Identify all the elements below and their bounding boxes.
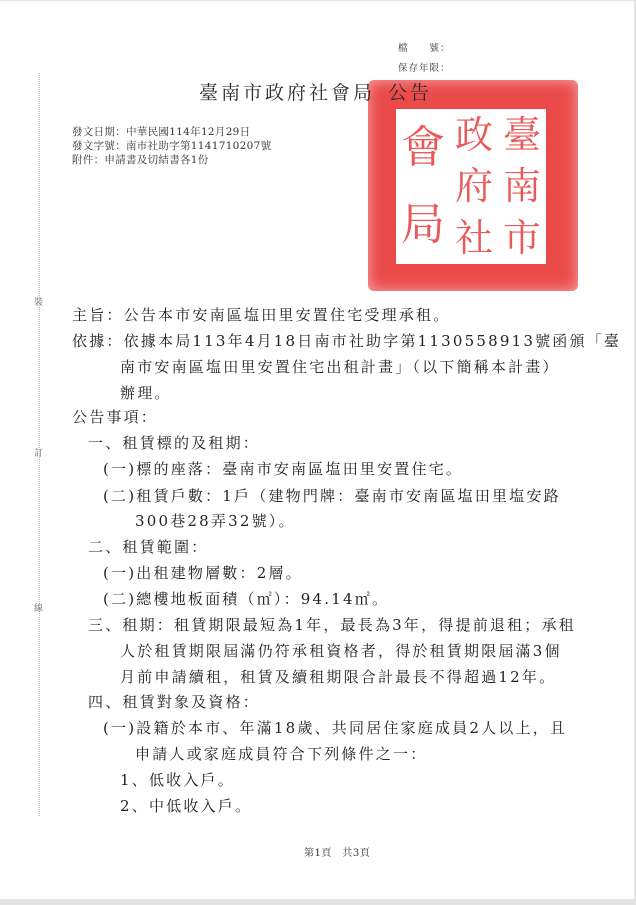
seal-inner: 臺 南 市 政 府 社 會 局 <box>396 109 546 264</box>
seal-column-3: 會 局 <box>401 109 445 264</box>
seal-char: 局 <box>401 203 445 247</box>
issue-number: 發文字號：南市社助字第1141710207號 <box>72 139 271 153</box>
basis-line-3: 辦理。 <box>120 382 172 403</box>
attachment: 附件：申請書及切結書各1份 <box>72 153 209 167</box>
issue-date: 發文日期：中華民國114年12月29日 <box>72 125 250 139</box>
seal-column-1: 臺 南 市 <box>503 109 541 264</box>
binding-mark-ding: 訂 <box>34 446 43 459</box>
item-3-line-1: 三、租期：租賃期限最短為1年，最長為3年，得提前退租；承租 <box>88 614 576 635</box>
item-2-1: (一)出租建物層數：2層。 <box>103 562 303 583</box>
item-1-1: (一)標的座落：臺南市安南區塩田里安置住宅。 <box>103 458 463 479</box>
seal-char: 南 <box>503 167 541 205</box>
seal-column-2: 政 府 社 <box>455 109 493 264</box>
item-4-1-option-2: 2、中低收入戶。 <box>120 795 252 816</box>
retention-period-label: 保存年限： <box>398 60 451 74</box>
item-3-line-3: 月前申請續租，租賃及續租期限合計最長不得超過12年。 <box>120 666 556 687</box>
item-4-1-line-2: 申請人或家庭成員符合下列條件之一： <box>135 743 427 764</box>
announcement-heading: 公告事項： <box>72 406 158 427</box>
seal-char: 臺 <box>503 116 541 154</box>
subject-line: 主旨：公告本市安南區塩田里安置住宅受理承租。 <box>72 304 450 325</box>
item-4-1-line-1: (一)設籍於本市、年滿18歲、共同居住家庭成員2人以上，且 <box>103 717 567 738</box>
seal-char: 會 <box>401 126 445 170</box>
binding-mark-zhuang: 裝 <box>34 295 43 308</box>
basis-line-1: 依據：依據本局113年4月18日南市社助字第1130558913號函頒「臺 <box>72 330 621 351</box>
item-1-2-line-2: 300巷28弄32號）。 <box>135 510 296 531</box>
page-number: 第1頁 共3頁 <box>304 844 370 859</box>
binding-mark-xian: 線 <box>34 601 43 614</box>
document-title-org: 臺南市政府社會局 <box>199 78 375 105</box>
seal-char: 市 <box>503 219 541 257</box>
binding-line <box>39 73 40 816</box>
document-page: 裝 訂 線 檔 號： 保存年限： 臺 南 市 政 府 社 會 局 臺南市政府社會… <box>0 1 634 899</box>
seal-char: 社 <box>455 219 493 257</box>
seal-char: 政 <box>455 116 493 154</box>
item-2-2: (二)總樓地板面積（㎡）：94.14㎡。 <box>103 588 389 609</box>
archive-number-label: 檔 號： <box>398 40 451 54</box>
document-title-type: 公告 <box>388 78 432 105</box>
official-seal: 臺 南 市 政 府 社 會 局 <box>368 80 578 291</box>
seal-char: 府 <box>455 167 493 205</box>
item-4-heading: 四、租賃對象及資格： <box>88 691 260 712</box>
item-3-line-2: 人於租賃期限屆滿仍符承租資格者，得於租賃期限屆滿3個 <box>120 640 562 661</box>
basis-line-2: 南市安南區塩田里安置住宅出租計畫」（以下簡稱本計畫） <box>120 356 560 377</box>
item-1-heading: 一、租賃標的及租期： <box>88 432 260 453</box>
item-2-heading: 二、租賃範圍： <box>88 536 208 557</box>
item-1-2-line-1: (二)租賃戶數：1戶（建物門牌：臺南市安南區塩田里塩安路 <box>103 485 561 506</box>
item-4-1-option-1: 1、低收入戶。 <box>120 769 235 790</box>
